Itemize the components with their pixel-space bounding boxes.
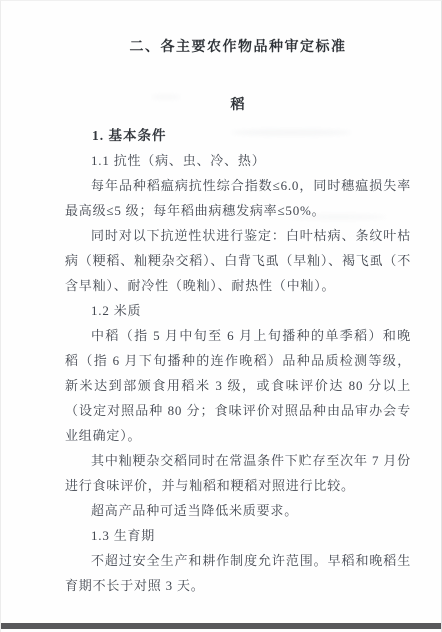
- paragraph-storage-evaluation: 其中籼粳杂交稻同时在常温条件下贮存至次年 7 月份进行食味评价，并与籼稻和粳稻对…: [65, 448, 411, 498]
- paragraph-resistance-identification: 同时对以下抗逆性状进行鉴定：白叶枯病、条纹叶枯病（粳稻、籼粳杂交稻）、白背飞虱（…: [65, 223, 411, 298]
- document-content: 二、各主要农作物品种审定标准 稻 1. 基本条件 1.1 抗性（病、虫、冷、热）…: [1, 39, 441, 598]
- document-page: 二、各主要农作物品种审定标准 稻 1. 基本条件 1.1 抗性（病、虫、冷、热）…: [0, 0, 442, 632]
- subsection-heading-resistance: 1.1 抗性（病、虫、冷、热）: [65, 148, 411, 173]
- subsection-heading-growth-period: 1.3 生育期: [65, 523, 411, 548]
- crop-heading: 稻: [65, 93, 411, 118]
- document-title: 二、各主要农作物品种审定标准: [65, 39, 411, 57]
- paragraph-resistance-index: 每年品种稻瘟病抗性综合指数≤6.0，同时穗瘟损失率最高级≤5 级；每年稻曲病穗发…: [65, 173, 411, 223]
- subsection-heading-rice-quality: 1.2 米质: [65, 298, 411, 323]
- scan-edge-strip: [1, 623, 441, 629]
- section-heading-basic-conditions: 1. 基本条件: [65, 123, 411, 148]
- paragraph-super-high-yield: 超高产品种可适当降低米质要求。: [65, 498, 411, 523]
- paragraph-quality-grades: 中稻（指 5 月中旬至 6 月上旬播种的单季稻）和晚稻（指 6 月下旬播种的连作…: [65, 323, 411, 448]
- paragraph-growth-period: 不超过安全生产和耕作制度允许范围。早稻和晚稻生育期不长于对照 3 天。: [65, 548, 411, 598]
